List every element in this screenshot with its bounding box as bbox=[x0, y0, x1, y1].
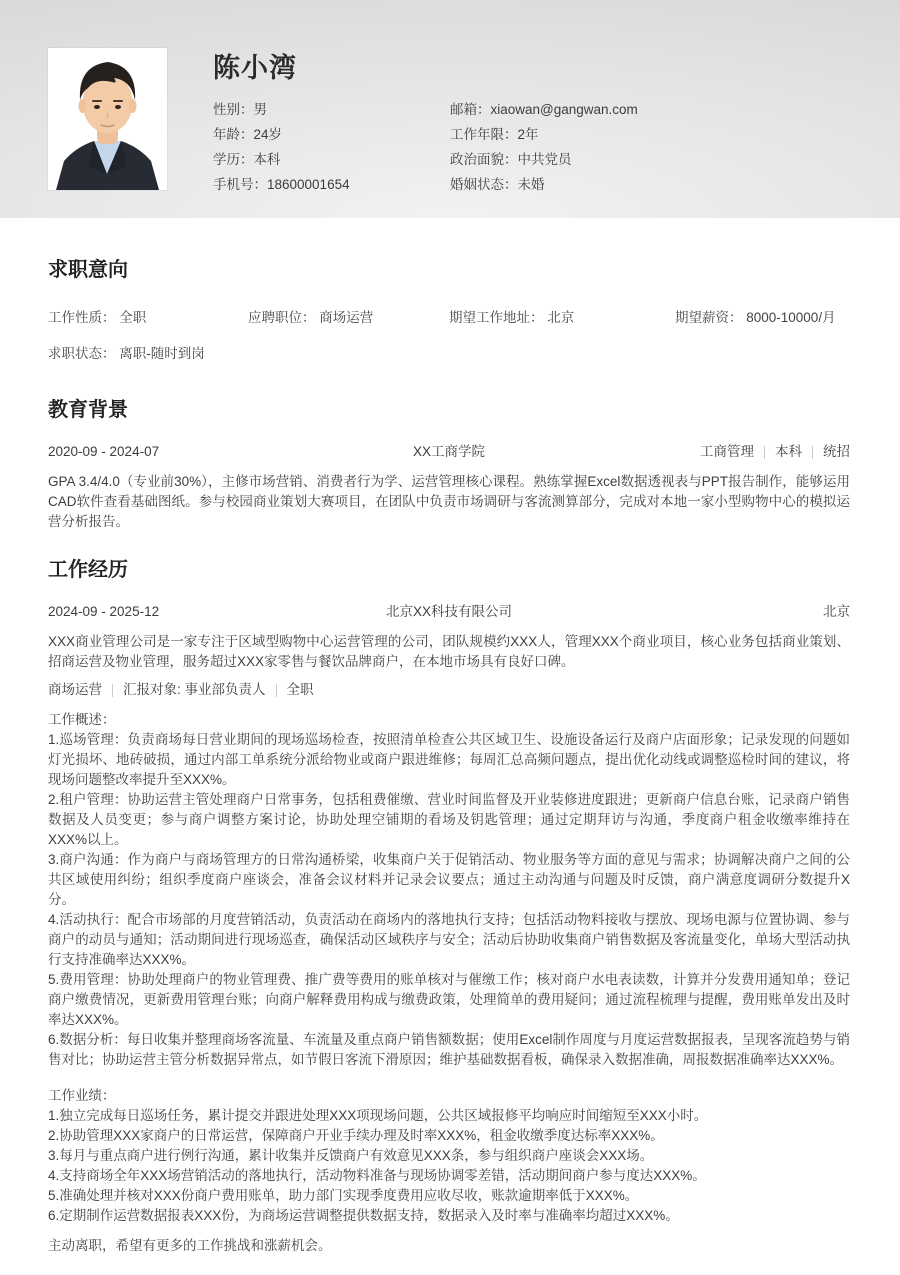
divider bbox=[812, 446, 813, 459]
achievement-item: 2.协助管理XXX家商户的日常运营，保障商户开业手续办理及时率XXX%，租金收缴… bbox=[48, 1126, 850, 1146]
work-period: 2024-09 - 2025-12 bbox=[48, 602, 284, 622]
info-work-years: 工作年限：2年 bbox=[450, 123, 860, 143]
intent-salary: 期望薪资： 8000-10000/月 bbox=[675, 308, 850, 328]
overview-item: 4.活动执行：配合市场部的月度营销活动，负责活动在商场内的落地执行支持；包括活动… bbox=[48, 910, 850, 970]
portrait-photo-graphic bbox=[48, 48, 167, 190]
divider bbox=[276, 684, 277, 697]
resume-page: 陈小湾 性别：男 邮箱：xiaowan@gangwan.com 年龄：24岁 工… bbox=[0, 0, 900, 1275]
education-meta-row: 2020-09 - 2024-07 XX工商学院 工商管理 本科 统招 bbox=[48, 442, 850, 462]
role-job-type: 全职 bbox=[287, 680, 314, 700]
education-degree: 本科 bbox=[775, 442, 802, 462]
section-title-job-intent: 求职意向 bbox=[48, 258, 850, 282]
info-marital-status: 婚姻状态：未婚 bbox=[450, 173, 860, 193]
achievement-item: 3.每月与重点商户进行例行沟通，累计收集并反馈商户有效意见XXX条，参与组织商户… bbox=[48, 1146, 850, 1166]
achievement-list: 1.独立完成每日巡场任务，累计提交并跟进处理XXX项现场问题，公共区域报修平均响… bbox=[48, 1106, 850, 1226]
role-position: 商场运营 bbox=[48, 680, 102, 700]
role-tags: 商场运营 汇报对象: 事业部负责人 全职 bbox=[48, 680, 850, 700]
overview-item: 5.费用管理：协助处理商户的物业管理费、推广费等费用的账单核对与催缴工作；核对商… bbox=[48, 970, 850, 1030]
overview-label: 工作概述： bbox=[48, 710, 850, 730]
achievement-item: 5.准确处理并核对XXX份商户费用账单，助力部门实现季度费用应收尽收，账款逾期率… bbox=[48, 1186, 850, 1206]
work-company: 北京XX科技有限公司 bbox=[284, 602, 614, 622]
achievement-item: 4.支持商场全年XXX场营销活动的落地执行，活动物料准备与现场协调零差错，活动期… bbox=[48, 1166, 850, 1186]
info-degree: 学历：本科 bbox=[213, 148, 450, 168]
intent-position: 应聘职位： 商场运营 bbox=[248, 308, 449, 328]
job-intent-row-1: 工作性质： 全职 应聘职位： 商场运营 期望工作地址： 北京 期望薪资： 800… bbox=[48, 308, 850, 328]
overview-item: 3.商户沟通：作为商户与商场管理方的日常沟通桥梁，收集商户关于促销活动、物业服务… bbox=[48, 850, 850, 910]
basic-info-grid: 性别：男 邮箱：xiaowan@gangwan.com 年龄：24岁 工作年限：… bbox=[213, 95, 860, 195]
education-major: 工商管理 bbox=[700, 442, 754, 462]
header-content: 陈小湾 性别：男 邮箱：xiaowan@gangwan.com 年龄：24岁 工… bbox=[213, 52, 860, 195]
divider bbox=[764, 446, 765, 459]
work-location: 北京 bbox=[614, 602, 850, 622]
section-title-education: 教育背景 bbox=[48, 398, 850, 422]
resume-body: 求职意向 工作性质： 全职 应聘职位： 商场运营 期望工作地址： 北京 期望薪资… bbox=[0, 258, 900, 1256]
role-report-to: 汇报对象: 事业部负责人 bbox=[123, 680, 266, 700]
role-row: 商场运营 汇报对象: 事业部负责人 全职 bbox=[48, 680, 850, 700]
intent-status: 求职状态： 离职-随时到岗 bbox=[48, 344, 850, 364]
work-meta-row: 2024-09 - 2025-12 北京XX科技有限公司 北京 bbox=[48, 602, 850, 622]
info-phone: 手机号：18600001654 bbox=[213, 173, 450, 193]
overview-item: 6.数据分析：每日收集并整理商场客流量、车流量及重点商户销售额数据；使用Exce… bbox=[48, 1030, 850, 1070]
education-description: GPA 3.4/4.0（专业前30%），主修市场营销、消费者行为学、运营管理核心… bbox=[48, 472, 850, 532]
overview-item: 2.租户管理：协助运营主管处理商户日常事务，包括租费催缴、营业时间监督及开业装修… bbox=[48, 790, 850, 850]
company-intro: XXX商业管理公司是一家专注于区域型购物中心运营管理的公司，团队规模约XXX人，… bbox=[48, 632, 850, 672]
intent-location: 期望工作地址： 北京 bbox=[449, 308, 675, 328]
profile-photo bbox=[48, 48, 167, 190]
education-period: 2020-09 - 2024-07 bbox=[48, 442, 284, 462]
intent-job-type: 工作性质： 全职 bbox=[48, 308, 248, 328]
education-tags: 工商管理 本科 统招 bbox=[700, 442, 850, 462]
section-title-work-experience: 工作经历 bbox=[48, 558, 850, 582]
education-enrollment-type: 统招 bbox=[823, 442, 850, 462]
info-age: 年龄：24岁 bbox=[213, 123, 450, 143]
info-email: 邮箱：xiaowan@gangwan.com bbox=[450, 98, 860, 118]
education-school: XX工商学院 bbox=[284, 442, 614, 462]
achievement-item: 6.定期制作运营数据报表XXX份，为商场运营调整提供数据支持，数据录入及时率与准… bbox=[48, 1206, 850, 1226]
info-gender: 性别：男 bbox=[213, 98, 450, 118]
achievement-label: 工作业绩： bbox=[48, 1086, 850, 1106]
info-political-status: 政治面貌：中共党员 bbox=[450, 148, 860, 168]
overview-item: 1.巡场管理：负责商场每日营业期间的现场巡场检查，按照清单检查公共区域卫生、设施… bbox=[48, 730, 850, 790]
achievement-item: 1.独立完成每日巡场任务，累计提交并跟进处理XXX项现场问题，公共区域报修平均响… bbox=[48, 1106, 850, 1126]
resume-header: 陈小湾 性别：男 邮箱：xiaowan@gangwan.com 年龄：24岁 工… bbox=[0, 0, 900, 218]
leaving-reason: 主动离职，希望有更多的工作挑战和涨薪机会。 bbox=[48, 1236, 850, 1256]
divider bbox=[112, 684, 113, 697]
candidate-name: 陈小湾 bbox=[213, 52, 860, 84]
overview-list: 1.巡场管理：负责商场每日营业期间的现场巡场检查，按照清单检查公共区域卫生、设施… bbox=[48, 730, 850, 1070]
